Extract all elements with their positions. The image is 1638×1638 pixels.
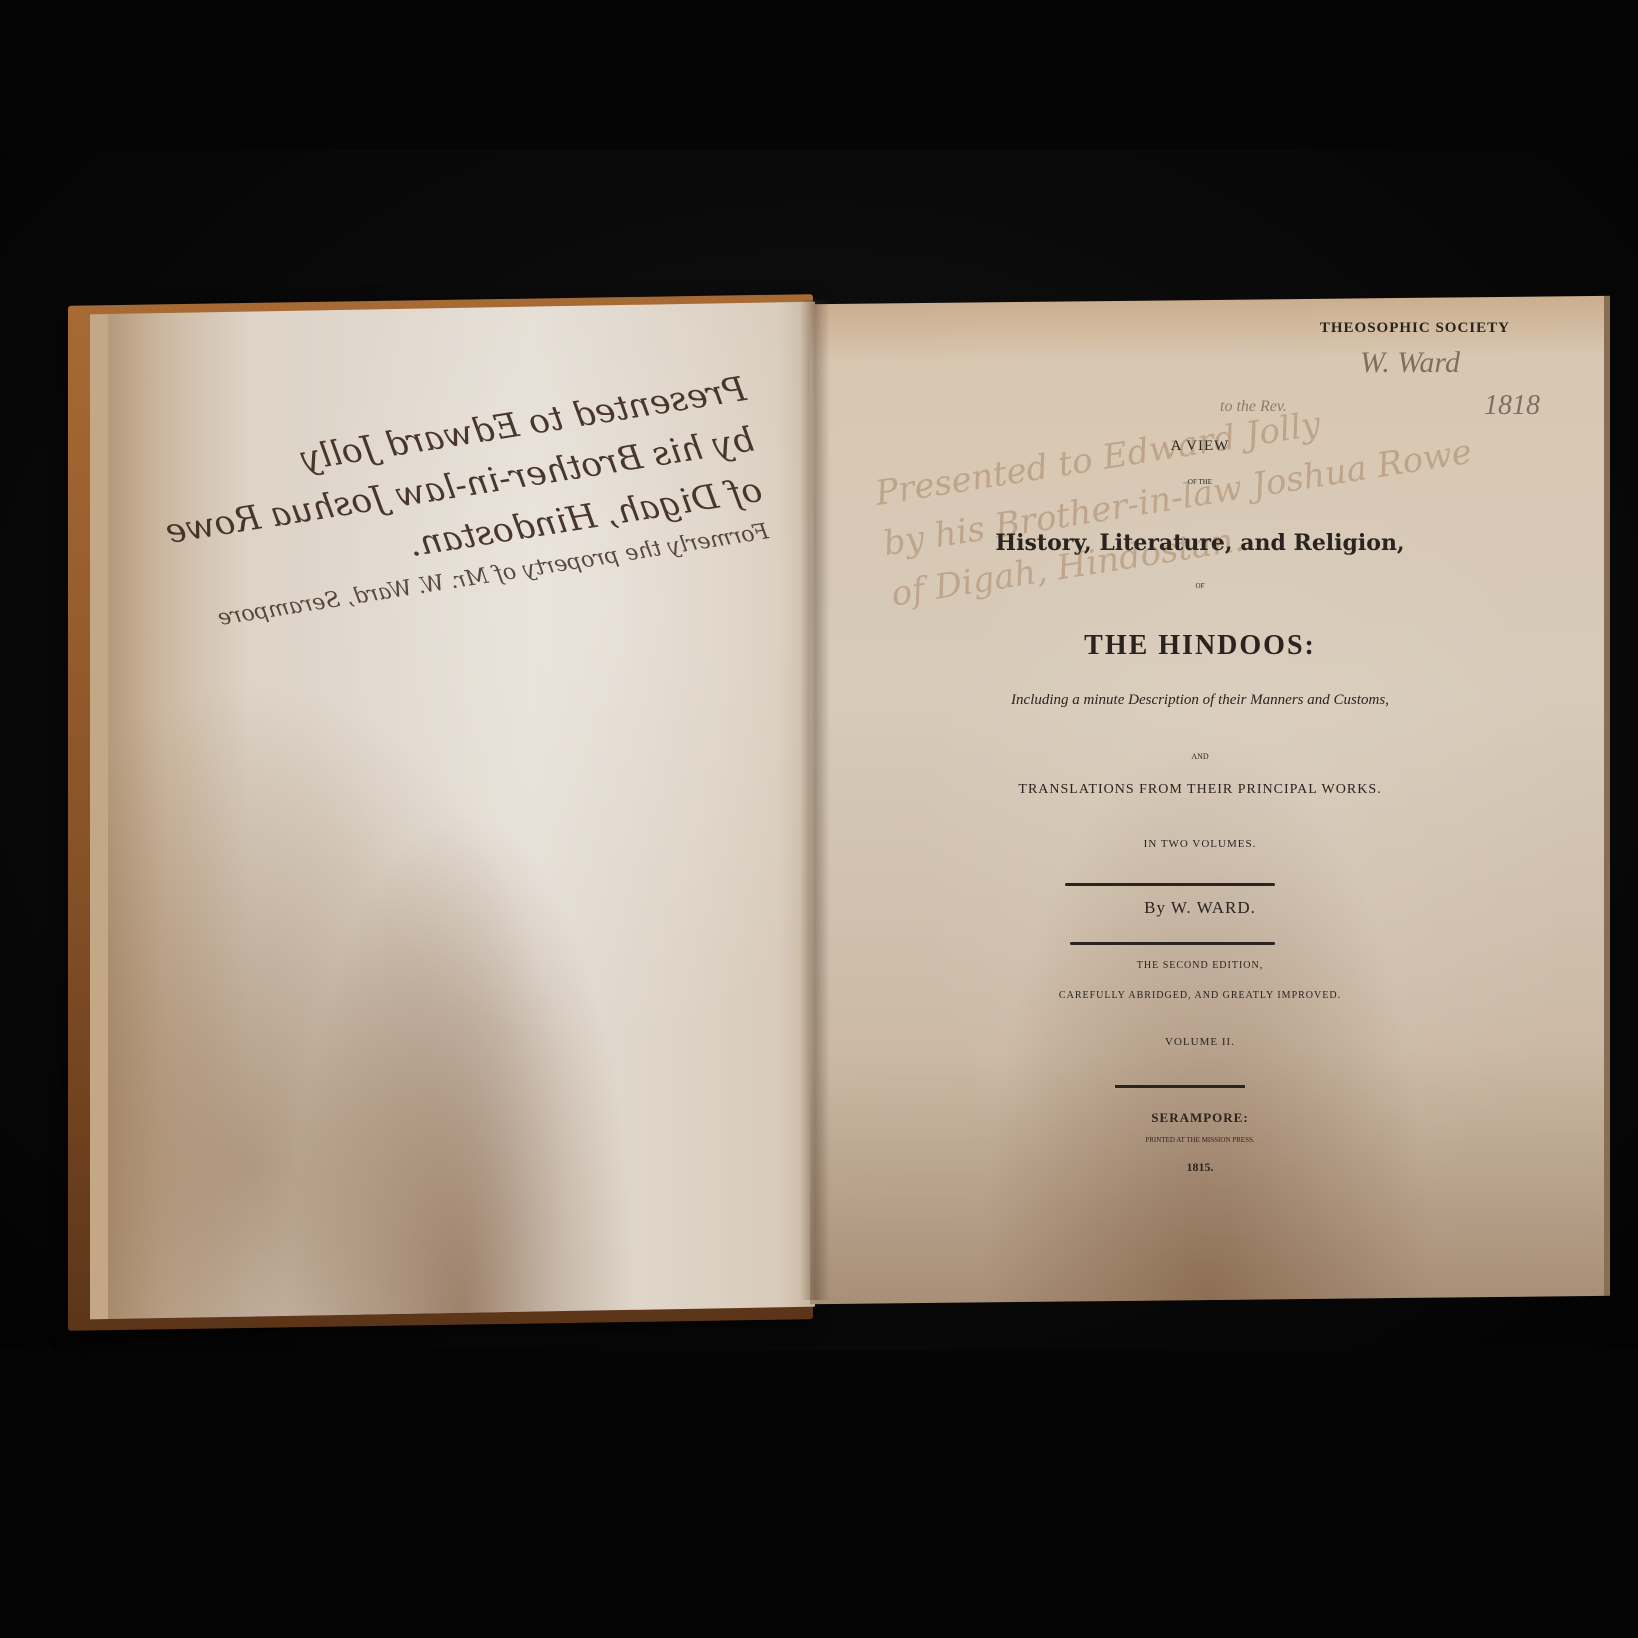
title-of-the: OF THE: [820, 478, 1580, 486]
signature: W. Ward: [1360, 346, 1460, 380]
decorative-rule: [1065, 883, 1275, 886]
title-main: THE HINDOOS:: [820, 630, 1580, 662]
title-author: By W. WARD.: [820, 898, 1580, 918]
title-translations: TRANSLATIONS FROM THEIR PRINCIPAL WORKS.: [820, 782, 1580, 798]
title-page-text: THEOSOPHIC SOCIETY W. Ward to the Rev. 1…: [820, 320, 1580, 1220]
title-volume: VOLUME II.: [820, 1036, 1580, 1048]
title-edition: THE SECOND EDITION,: [820, 960, 1580, 971]
title-subjects: History, Literature, and Religion,: [820, 530, 1580, 556]
decorative-rule: [1070, 942, 1275, 945]
title-year: 1815.: [820, 1160, 1580, 1175]
title-including: Including a minute Description of their …: [820, 692, 1580, 709]
title-place: SERAMPORE:: [820, 1110, 1580, 1126]
society-stamp: THEOSOPHIC SOCIETY: [1320, 320, 1510, 337]
title-printer: PRINTED AT THE MISSION PRESS.: [820, 1136, 1580, 1144]
signature-year: 1818: [1484, 390, 1540, 422]
title-a-view: A VIEW: [820, 438, 1580, 455]
title-volumes: IN TWO VOLUMES.: [820, 838, 1580, 850]
ornament-rule: [1115, 1085, 1245, 1088]
title-of: OF: [820, 582, 1580, 590]
signature-note: to the Rev.: [1220, 398, 1287, 416]
title-and: AND: [820, 752, 1580, 761]
title-enlarged: CAREFULLY ABRIDGED, AND GREATLY IMPROVED…: [820, 990, 1580, 1001]
